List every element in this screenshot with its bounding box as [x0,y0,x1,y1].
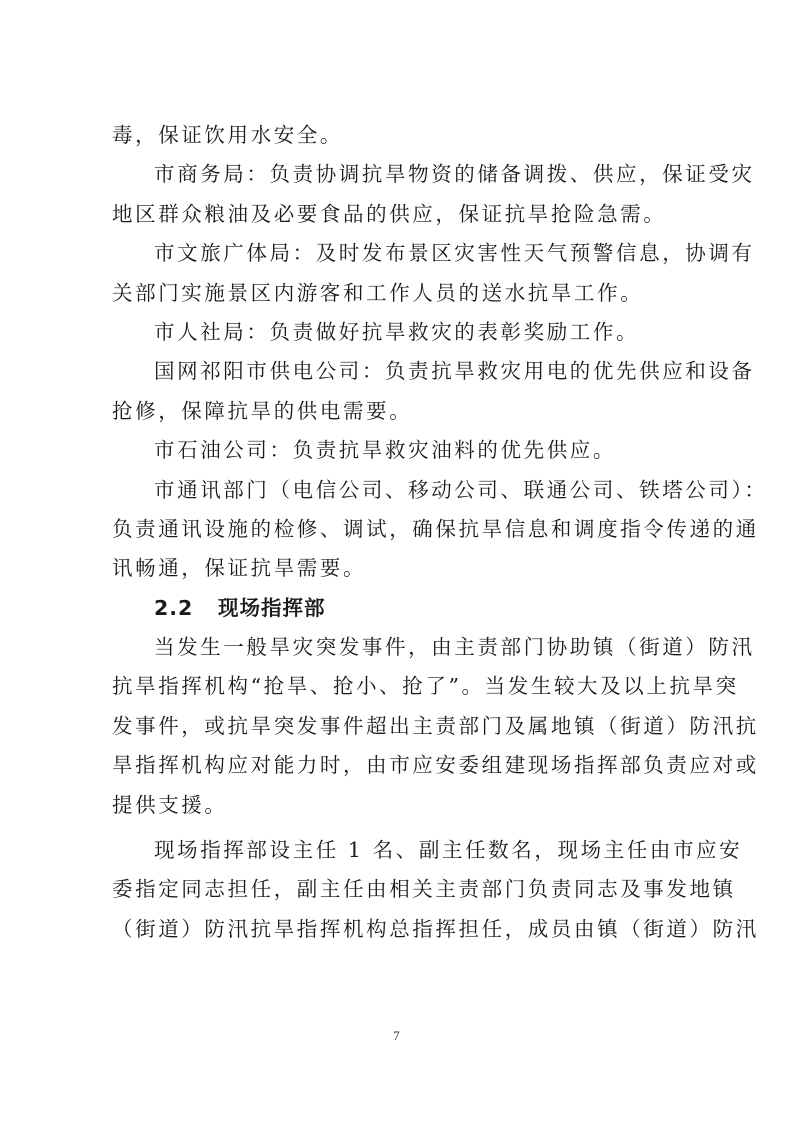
text-line: 发事件，或抗旱突发事件超出主责部门及属地镇（街道）防汛抗 [112,707,696,746]
document-body: 毒，保证饮用水安全。 市商务局：负责协调抗旱物资的储备调拨、供应，保证受灾 地区… [112,116,696,949]
text-line: 市文旅广体局：及时发布景区灾害性天气预警信息，协调有 [112,234,696,273]
text-line: 委指定同志担任，副主任由相关主责部门负责同志及事发地镇 [112,870,696,909]
text-line: 市石油公司：负责抗旱救灾油料的优先供应。 [112,431,696,470]
text-line: 关部门实施景区内游客和工作人员的送水抗旱工作。 [112,274,696,313]
text-line: 地区群众粮油及必要食品的供应，保证抗旱抢险急需。 [112,195,696,234]
text-line: 抢修，保障抗旱的供电需要。 [112,392,696,431]
text-line: （街道）防汛抗旱指挥机构总指挥担任，成员由镇（街道）防汛 [112,910,696,949]
text-line: 国网祁阳市供电公司：负责抗旱救灾用电的优先供应和设备 [112,352,696,391]
text-line: 负责通讯设施的检修、调试，确保抗旱信息和调度指令传递的通 [112,510,696,549]
text-line: 提供支援。 [112,786,696,825]
page-number: 7 [0,1028,793,1044]
text-line: 现场指挥部设主任 1 名、副主任数名，现场主任由市应安 [112,831,696,870]
text-line: 当发生一般旱灾突发事件，由主责部门协助镇（街道）防汛 [112,628,696,667]
text-line: 市通讯部门（电信公司、移动公司、联通公司、铁塔公司）： [112,471,696,510]
section-heading: 2.2现场指挥部 [112,589,696,628]
text-line: 抗旱指挥机构“抢旱、抢小、抢了”。当发生较大及以上抗旱突 [112,667,696,706]
text-line: 讯畅通，保证抗旱需要。 [112,549,696,588]
section-number: 2.2 [154,589,218,628]
section-title: 现场指挥部 [218,596,326,620]
text-line: 市商务局：负责协调抗旱物资的储备调拨、供应，保证受灾 [112,155,696,194]
text-line: 市人社局：负责做好抗旱救灾的表彰奖励工作。 [112,313,696,352]
text-line: 旱指挥机构应对能力时，由市应安委组建现场指挥部负责应对或 [112,746,696,785]
text-line: 毒，保证饮用水安全。 [112,116,696,155]
